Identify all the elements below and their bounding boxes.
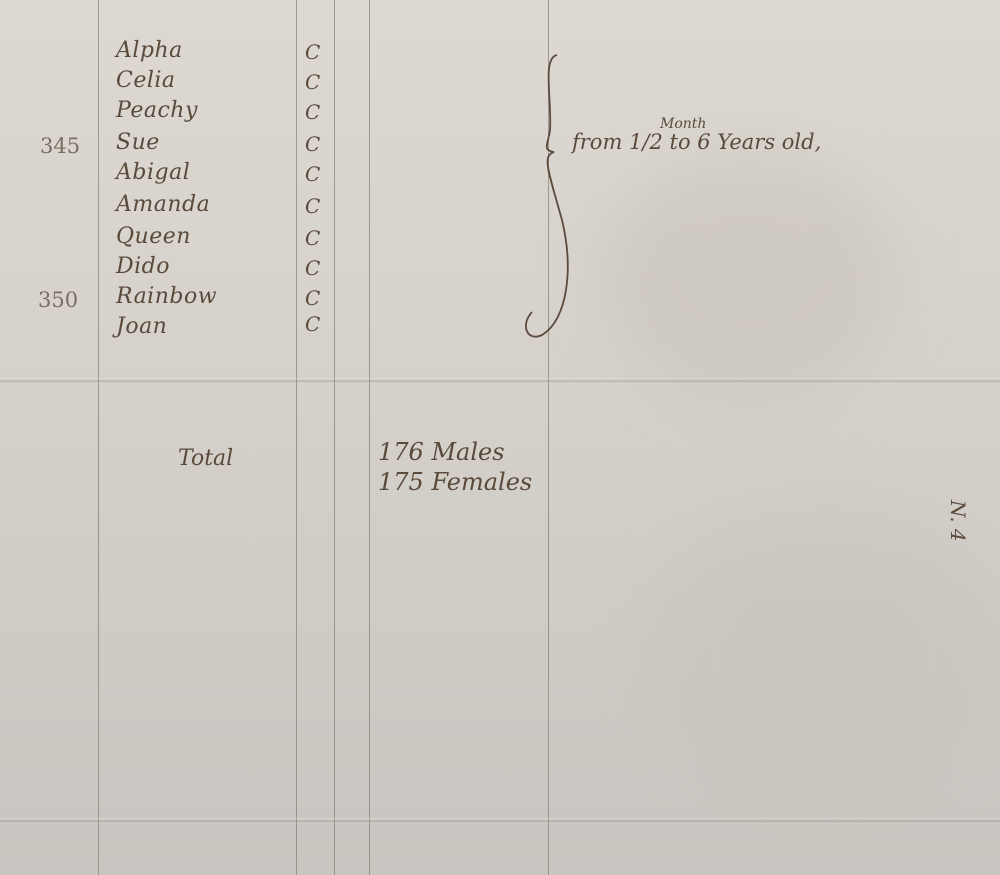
entry-name: Rainbow [116,284,217,309]
entry-number: 350 [38,288,78,312]
entry-name: Sue [116,130,160,155]
entry-mark: C [305,100,320,124]
column-rule [296,0,297,875]
total-males: 176 Males [378,438,505,466]
paper-fold [0,378,1000,384]
entry-number: 345 [40,134,80,158]
paper-stain [650,500,1000,800]
paper-fold [0,818,1000,824]
entry-mark: C [305,194,320,218]
entry-name: Alpha [116,38,183,63]
entry-mark: C [305,162,320,186]
manuscript-page: Alpha C Celia C Peachy C 345 Sue C Abiga… [0,0,1000,875]
curly-brace-icon [512,50,582,350]
entry-mark: C [305,312,320,336]
entry-name: Dido [116,254,170,279]
entry-name: Peachy [116,98,198,123]
entry-name: Queen [116,224,191,249]
entry-name: Celia [116,68,176,93]
column-rule [98,0,99,875]
side-annotation: N. 4 [946,500,970,542]
total-females: 175 Females [378,468,532,496]
paper-stain [600,150,900,400]
entry-mark: C [305,286,320,310]
entry-mark: C [305,40,320,64]
entry-name: Abigal [116,160,190,185]
total-label: Total [178,446,233,471]
column-rule [369,0,370,875]
column-rule [334,0,335,875]
entry-mark: C [305,70,320,94]
entry-name: Amanda [116,192,210,217]
entry-name: Joan [116,314,167,339]
entry-mark: C [305,256,320,280]
entry-mark: C [305,132,320,156]
entry-mark: C [305,226,320,250]
age-range-note: from 1/2 to 6 Years old, [572,130,821,154]
